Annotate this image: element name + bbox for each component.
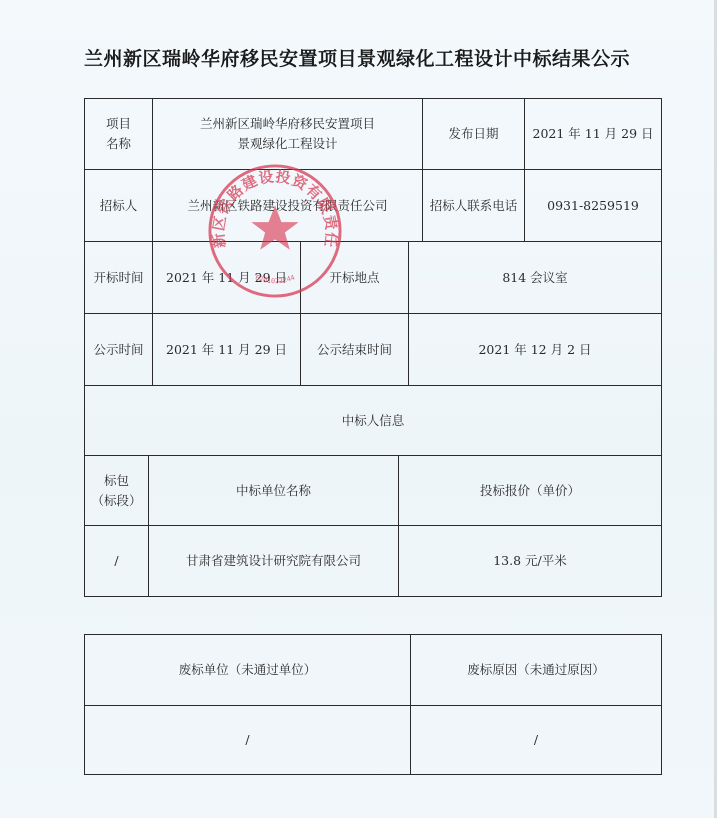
publish-date-value-text: 2021 年 11 月 29 日 bbox=[533, 124, 654, 144]
project-name-label-text: 项目 名称 bbox=[106, 114, 131, 154]
winner-row-company-text: 甘肃省建筑设计研究院有限公司 bbox=[186, 551, 361, 571]
rejected-header-reason-text: 废标原因（未通过原因） bbox=[467, 660, 605, 680]
publicity-end-label: 公示结束时间 bbox=[300, 313, 408, 385]
publish-date-label-text: 发布日期 bbox=[448, 124, 498, 144]
publicity-time-label: 公示时间 bbox=[84, 313, 152, 385]
tenderer-phone-value-text: 0931-8259519 bbox=[547, 196, 639, 216]
publicity-end-value: 2021 年 12 月 2 日 bbox=[408, 313, 662, 385]
rejected-header-unit-text: 废标单位（未通过单位） bbox=[179, 660, 317, 680]
bid-open-place-label-text: 开标地点 bbox=[329, 268, 379, 288]
tenderer-phone-label: 招标人联系电话 bbox=[422, 169, 524, 241]
tenderer-value-text: 兰州新区铁路建设投资有限责任公司 bbox=[187, 196, 387, 216]
project-name-value-text: 兰州新区瑞岭华府移民安置项目 景观绿化工程设计 bbox=[200, 114, 375, 154]
publicity-time-value-text: 2021 年 11 月 29 日 bbox=[166, 340, 287, 360]
winner-header-company-text: 中标单位名称 bbox=[236, 481, 311, 501]
tenderer-label: 招标人 bbox=[84, 169, 152, 241]
publicity-end-label-text: 公示结束时间 bbox=[317, 340, 392, 360]
bid-open-time-label: 开标时间 bbox=[84, 241, 152, 313]
bid-open-time-label-text: 开标时间 bbox=[93, 268, 143, 288]
winner-header-lot: 标包 （标段） bbox=[84, 455, 148, 525]
project-name-value: 兰州新区瑞岭华府移民安置项目 景观绿化工程设计 bbox=[152, 98, 422, 169]
publicity-end-value-text: 2021 年 12 月 2 日 bbox=[478, 340, 591, 360]
rejected-row-reason-text: / bbox=[534, 730, 538, 750]
winner-row-lot-text: / bbox=[114, 551, 118, 571]
publish-date-label: 发布日期 bbox=[422, 98, 524, 169]
project-name-label: 项目 名称 bbox=[84, 98, 152, 169]
tenderer-phone-label-text: 招标人联系电话 bbox=[430, 196, 518, 216]
rejected-header-unit: 废标单位（未通过单位） bbox=[84, 634, 410, 705]
bid-open-time-value: 2021 年 11 月 29 日 bbox=[152, 241, 300, 313]
winner-row-company: 甘肃省建筑设计研究院有限公司 bbox=[148, 525, 398, 597]
tenderer-label-text: 招标人 bbox=[100, 196, 138, 216]
rejected-header-reason: 废标原因（未通过原因） bbox=[410, 634, 662, 705]
rejected-row-unit: / bbox=[84, 705, 410, 775]
bid-open-place-value: 814 会议室 bbox=[408, 241, 662, 313]
winner-row-lot: / bbox=[84, 525, 148, 597]
tenderer-phone-value: 0931-8259519 bbox=[524, 169, 662, 241]
winner-header-company: 中标单位名称 bbox=[148, 455, 398, 525]
tenderer-value: 兰州新区铁路建设投资有限责任公司 bbox=[152, 169, 422, 241]
winner-row-price: 13.8 元/平米 bbox=[398, 525, 662, 597]
winner-header-lot-text: 标包 （标段） bbox=[91, 471, 141, 511]
winner-header-price-text: 投标报价（单价） bbox=[480, 481, 580, 501]
bid-open-place-label: 开标地点 bbox=[300, 241, 408, 313]
page-title: 兰州新区瑞岭华府移民安置项目景观绿化工程设计中标结果公示 bbox=[0, 44, 714, 71]
publicity-time-value: 2021 年 11 月 29 日 bbox=[152, 313, 300, 385]
publish-date-value: 2021 年 11 月 29 日 bbox=[524, 98, 662, 169]
rejected-row-unit-text: / bbox=[245, 730, 249, 750]
winner-section-header: 中标人信息 bbox=[84, 385, 662, 455]
rejected-row-reason: / bbox=[410, 705, 662, 775]
winner-header-price: 投标报价（单价） bbox=[398, 455, 662, 525]
bid-open-place-value-text: 814 会议室 bbox=[502, 268, 567, 288]
publicity-time-label-text: 公示时间 bbox=[93, 340, 143, 360]
winner-section-label-text: 中标人信息 bbox=[342, 411, 405, 431]
winner-row-price-text: 13.8 元/平米 bbox=[493, 551, 567, 571]
bid-open-time-value-text: 2021 年 11 月 29 日 bbox=[166, 268, 287, 288]
